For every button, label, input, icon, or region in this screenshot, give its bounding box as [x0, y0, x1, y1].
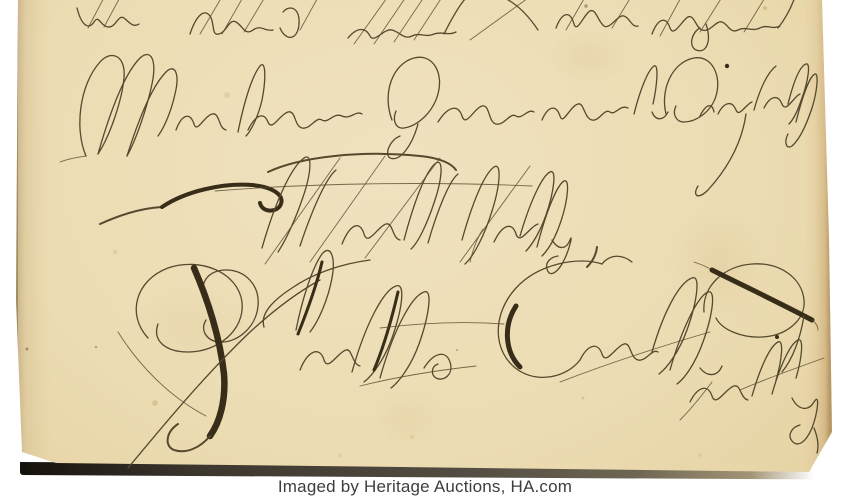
auction-photo: Imaged by Heritage Auctions, HA.com: [0, 0, 850, 498]
watermark-credit: Imaged by Heritage Auctions, HA.com: [0, 477, 850, 497]
album-page: [16, 0, 832, 477]
